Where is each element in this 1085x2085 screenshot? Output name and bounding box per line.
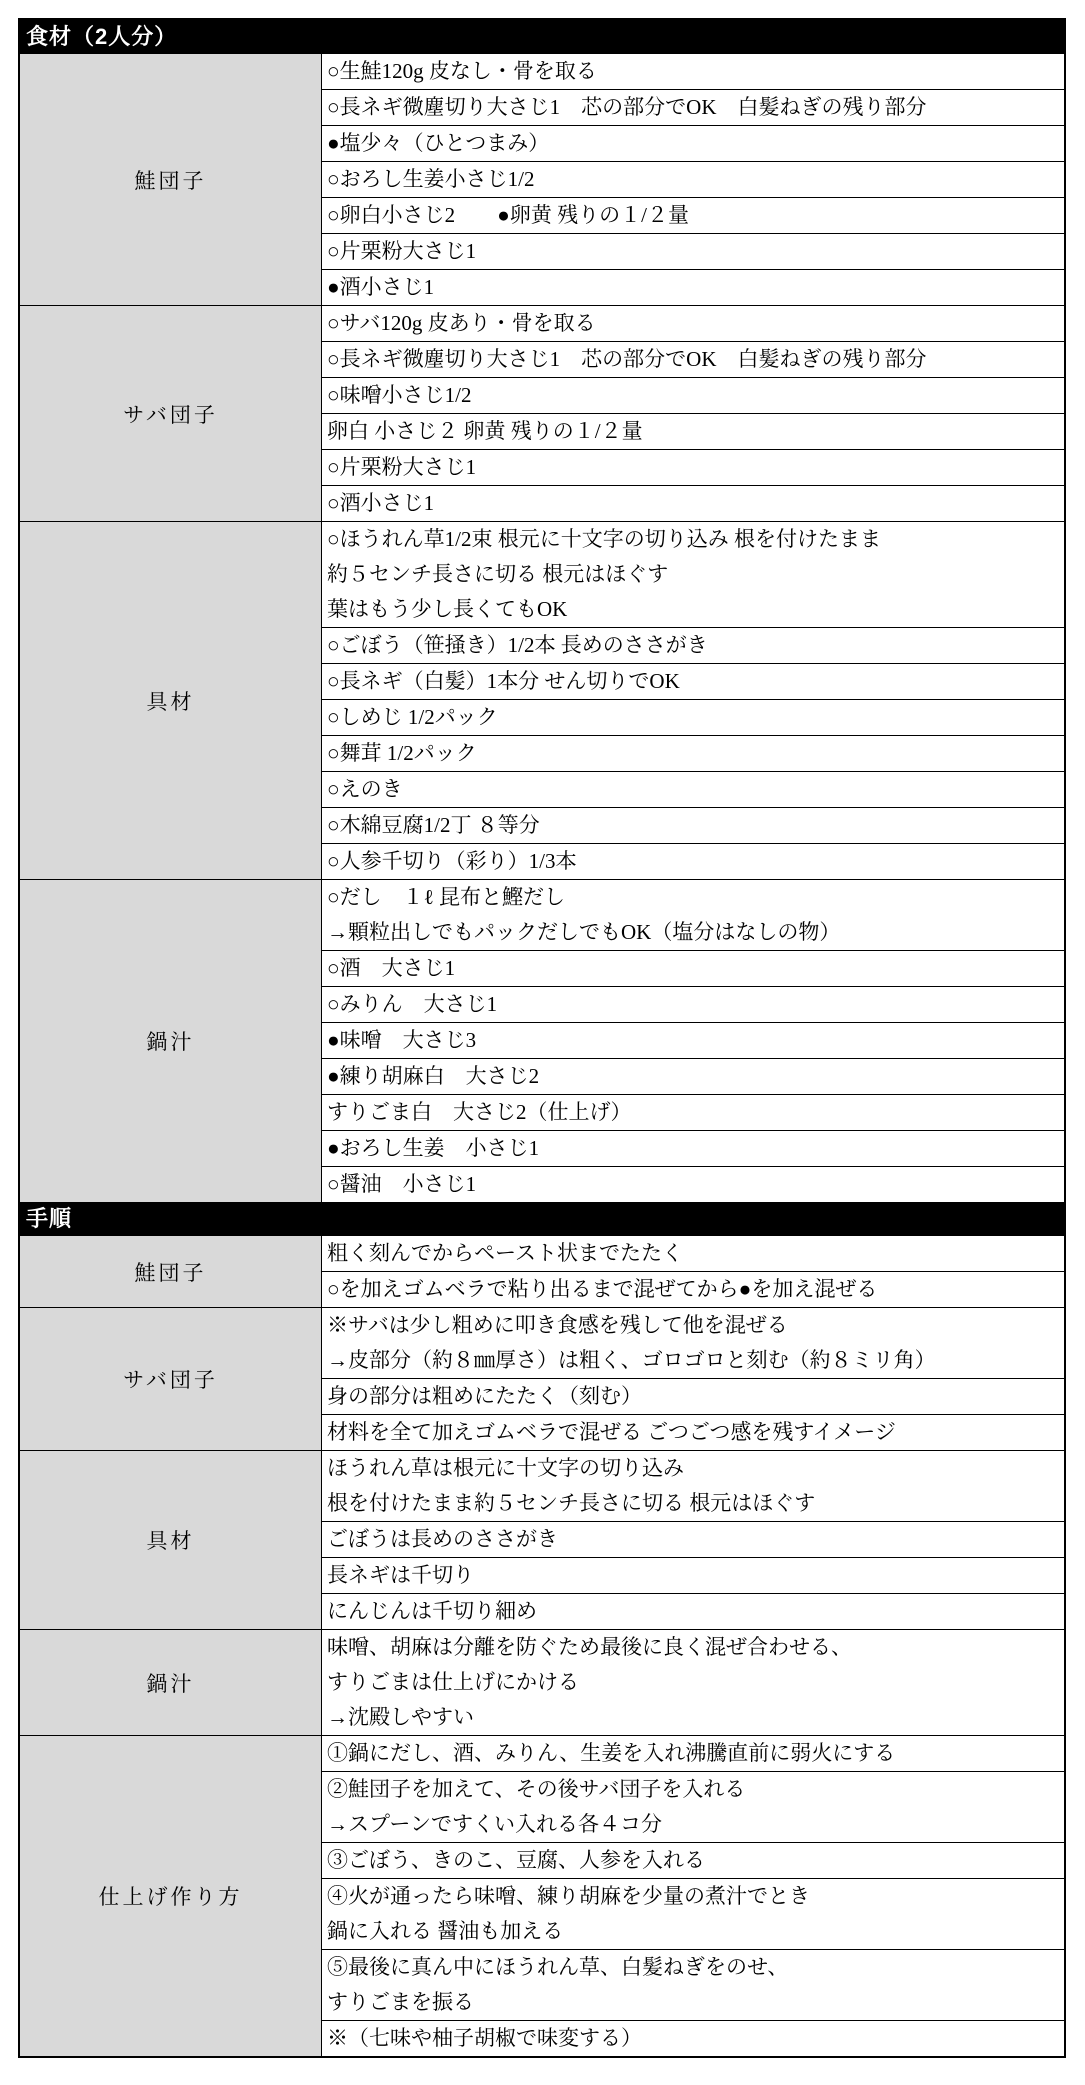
cell-line: 長ネギは千切り: [322, 1558, 1064, 1593]
group-items: ○サバ120g 皮あり・骨を取る○長ネギ微塵切り大さじ1 芯の部分でOK 白髪ね…: [322, 306, 1064, 521]
cell-line: ●練り胡麻白 大さじ2: [322, 1059, 1064, 1094]
item-cell: ○片栗粉大さじ1: [322, 234, 1064, 270]
table-group: 鍋汁○だし １ℓ 昆布と鰹だし→顆粒出しでもパックだしでもOK（塩分はなしの物）…: [20, 880, 1064, 1202]
item-cell: 卵白 小さじ２ 卵黄 残りの１/２量: [322, 414, 1064, 450]
item-cell: にんじんは千切り細め: [322, 1594, 1064, 1629]
group-items: ①鍋にだし、酒、みりん、生姜を入れ沸騰直前に弱火にする②鮭団子を加えて、その後サ…: [322, 1736, 1064, 2056]
cell-line: ○人参千切り（彩り）1/3本: [322, 844, 1064, 879]
cell-line: ○酒 大さじ1: [322, 951, 1064, 986]
cell-line: ○サバ120g 皮あり・骨を取る: [322, 306, 1064, 341]
recipe-page: { "colors": { "header_bg": "#000000", "h…: [0, 0, 1085, 2085]
item-cell: ○を加えゴムベラで粘り出るまで混ぜてから●を加え混ぜる: [322, 1272, 1064, 1307]
table-group: 鮭団子粗く刻んでからペースト状までたたく○を加えゴムベラで粘り出るまで混ぜてから…: [20, 1236, 1064, 1308]
item-cell: 長ネギは千切り: [322, 1558, 1064, 1594]
group-label: 鮭団子: [20, 54, 322, 305]
recipe-table: 食材（2人分） 鮭団子○生鮭120g 皮なし・骨を取る○長ネギ微塵切り大さじ1 …: [18, 18, 1066, 2058]
group-items: ※サバは少し粗めに叩き食感を残して他を混ぜる→皮部分（約８㎜厚さ）は粗く、ゴロゴ…: [322, 1308, 1064, 1450]
item-cell: ○しめじ 1/2パック: [322, 700, 1064, 736]
group-label: 具材: [20, 522, 322, 879]
cell-line: 味噌、胡麻は分離を防ぐため最後に良く混ぜ合わせる、: [322, 1630, 1064, 1665]
item-cell: 粗く刻んでからペースト状までたたく: [322, 1236, 1064, 1272]
item-cell: ○ごぼう（笹掻き）1/2本 長めのささがき: [322, 628, 1064, 664]
cell-line: ○長ネギ微塵切り大さじ1 芯の部分でOK 白髪ねぎの残り部分: [322, 90, 1064, 125]
cell-line: →皮部分（約８㎜厚さ）は粗く、ゴロゴロと刻む（約８ミリ角）: [322, 1343, 1064, 1378]
cell-line: ②鮭団子を加えて、その後サバ団子を入れる: [322, 1772, 1064, 1807]
item-cell: ○人参千切り（彩り）1/3本: [322, 844, 1064, 879]
item-cell: ※（七味や柚子胡椒で味変する）: [322, 2021, 1064, 2056]
cell-line: ○味噌小さじ1/2: [322, 378, 1064, 413]
cell-line: ほうれん草は根元に十文字の切り込み: [322, 1451, 1064, 1486]
item-cell: ○サバ120g 皮あり・骨を取る: [322, 306, 1064, 342]
cell-line: ①鍋にだし、酒、みりん、生姜を入れ沸騰直前に弱火にする: [322, 1736, 1064, 1771]
group-items: ○だし １ℓ 昆布と鰹だし→顆粒出しでもパックだしでもOK（塩分はなしの物）○酒…: [322, 880, 1064, 1202]
table-group: サバ団子○サバ120g 皮あり・骨を取る○長ネギ微塵切り大さじ1 芯の部分でOK…: [20, 306, 1064, 522]
cell-line: ○だし １ℓ 昆布と鰹だし: [322, 880, 1064, 915]
cell-line: 卵白 小さじ２ 卵黄 残りの１/２量: [322, 414, 1064, 449]
cell-line: すりごま白 大さじ2（仕上げ）: [322, 1095, 1064, 1130]
table-group: 具材○ほうれん草1/2束 根元に十文字の切り込み 根を付けたまま約５センチ長さに…: [20, 522, 1064, 880]
item-cell: ○だし １ℓ 昆布と鰹だし→顆粒出しでもパックだしでもOK（塩分はなしの物）: [322, 880, 1064, 951]
item-cell: すりごま白 大さじ2（仕上げ）: [322, 1095, 1064, 1131]
table-group: 具材ほうれん草は根元に十文字の切り込み根を付けたまま約５センチ長さに切る 根元は…: [20, 1451, 1064, 1630]
item-cell: ○卵白小さじ2 ●卵黄 残りの１/２量: [322, 198, 1064, 234]
group-items: ○生鮭120g 皮なし・骨を取る○長ネギ微塵切り大さじ1 芯の部分でOK 白髪ね…: [322, 54, 1064, 305]
cell-line: 根を付けたまま約５センチ長さに切る 根元はほぐす: [322, 1486, 1064, 1521]
cell-line: ○おろし生姜小さじ1/2: [322, 162, 1064, 197]
cell-line: ●酒小さじ1: [322, 270, 1064, 305]
item-cell: ○片栗粉大さじ1: [322, 450, 1064, 486]
section-header-ingredients: 食材（2人分）: [20, 20, 1064, 54]
item-cell: ○生鮭120g 皮なし・骨を取る: [322, 54, 1064, 90]
cell-line: ※（七味や柚子胡椒で味変する）: [322, 2021, 1064, 2056]
cell-line: ごぼうは長めのささがき: [322, 1522, 1064, 1557]
item-cell: ③ごぼう、きのこ、豆腐、人参を入れる: [322, 1843, 1064, 1879]
cell-line: ○長ネギ（白髪）1本分 せん切りでOK: [322, 664, 1064, 699]
cell-line: ○みりん 大さじ1: [322, 987, 1064, 1022]
cell-line: ●塩少々（ひとつまみ）: [322, 126, 1064, 161]
cell-line: →スプーンですくい入れる各４コ分: [322, 1807, 1064, 1842]
item-cell: ○長ネギ微塵切り大さじ1 芯の部分でOK 白髪ねぎの残り部分: [322, 342, 1064, 378]
item-cell: ○おろし生姜小さじ1/2: [322, 162, 1064, 198]
cell-line: ○しめじ 1/2パック: [322, 700, 1064, 735]
cell-line: →沈殿しやすい: [322, 1700, 1064, 1735]
item-cell: ※サバは少し粗めに叩き食感を残して他を混ぜる→皮部分（約８㎜厚さ）は粗く、ゴロゴ…: [322, 1308, 1064, 1379]
section-body-steps: 鮭団子粗く刻んでからペースト状までたたく○を加えゴムベラで粘り出るまで混ぜてから…: [20, 1236, 1064, 2056]
item-cell: ほうれん草は根元に十文字の切り込み根を付けたまま約５センチ長さに切る 根元はほぐ…: [322, 1451, 1064, 1522]
cell-line: ④火が通ったら味噌、練り胡麻を少量の煮汁でとき: [322, 1879, 1064, 1914]
group-label: サバ団子: [20, 1308, 322, 1450]
item-cell: ○醤油 小さじ1: [322, 1167, 1064, 1202]
item-cell: ○味噌小さじ1/2: [322, 378, 1064, 414]
item-cell: ●酒小さじ1: [322, 270, 1064, 305]
cell-line: ○を加えゴムベラで粘り出るまで混ぜてから●を加え混ぜる: [322, 1272, 1064, 1307]
item-cell: ②鮭団子を加えて、その後サバ団子を入れる→スプーンですくい入れる各４コ分: [322, 1772, 1064, 1843]
cell-line: ●味噌 大さじ3: [322, 1023, 1064, 1058]
cell-line: 葉はもう少し長くてもOK: [322, 592, 1064, 627]
cell-line: 約５センチ長さに切る 根元はほぐす: [322, 557, 1064, 592]
item-cell: ●練り胡麻白 大さじ2: [322, 1059, 1064, 1095]
item-cell: ●味噌 大さじ3: [322, 1023, 1064, 1059]
item-cell: ●塩少々（ひとつまみ）: [322, 126, 1064, 162]
cell-line: ③ごぼう、きのこ、豆腐、人参を入れる: [322, 1843, 1064, 1878]
table-group: 鍋汁味噌、胡麻は分離を防ぐため最後に良く混ぜ合わせる、すりごまは仕上げにかける→…: [20, 1630, 1064, 1736]
item-cell: 材料を全て加えゴムベラで混ぜる ごつごつ感を残すイメージ: [322, 1415, 1064, 1450]
cell-line: ○片栗粉大さじ1: [322, 234, 1064, 269]
table-group: サバ団子※サバは少し粗めに叩き食感を残して他を混ぜる→皮部分（約８㎜厚さ）は粗く…: [20, 1308, 1064, 1451]
item-cell: ○みりん 大さじ1: [322, 987, 1064, 1023]
item-cell: ○舞茸 1/2パック: [322, 736, 1064, 772]
item-cell: ○酒小さじ1: [322, 486, 1064, 521]
item-cell: ○ほうれん草1/2束 根元に十文字の切り込み 根を付けたまま約５センチ長さに切る…: [322, 522, 1064, 628]
item-cell: ○木綿豆腐1/2丁 ８等分: [322, 808, 1064, 844]
cell-line: にんじんは千切り細め: [322, 1594, 1064, 1629]
item-cell: ●おろし生姜 小さじ1: [322, 1131, 1064, 1167]
cell-line: すりごまを振る: [322, 1985, 1064, 2020]
group-label: 鍋汁: [20, 880, 322, 1202]
group-label: 鍋汁: [20, 1630, 322, 1735]
cell-line: 材料を全て加えゴムベラで混ぜる ごつごつ感を残すイメージ: [322, 1415, 1064, 1450]
item-cell: 身の部分は粗めにたたく（刻む）: [322, 1379, 1064, 1415]
cell-line: 粗く刻んでからペースト状までたたく: [322, 1236, 1064, 1271]
item-cell: ⑤最後に真ん中にほうれん草、白髪ねぎをのせ、すりごまを振る: [322, 1950, 1064, 2021]
cell-line: ○えのき: [322, 772, 1064, 807]
item-cell: ○長ネギ（白髪）1本分 せん切りでOK: [322, 664, 1064, 700]
item-cell: ○長ネギ微塵切り大さじ1 芯の部分でOK 白髪ねぎの残り部分: [322, 90, 1064, 126]
cell-line: ※サバは少し粗めに叩き食感を残して他を混ぜる: [322, 1308, 1064, 1343]
group-label: 鮭団子: [20, 1236, 322, 1307]
cell-line: すりごまは仕上げにかける: [322, 1665, 1064, 1700]
cell-line: ○木綿豆腐1/2丁 ８等分: [322, 808, 1064, 843]
table-group: 鮭団子○生鮭120g 皮なし・骨を取る○長ネギ微塵切り大さじ1 芯の部分でOK …: [20, 54, 1064, 306]
cell-line: ○片栗粉大さじ1: [322, 450, 1064, 485]
group-items: 粗く刻んでからペースト状までたたく○を加えゴムベラで粘り出るまで混ぜてから●を加…: [322, 1236, 1064, 1307]
cell-line: →顆粒出しでもパックだしでもOK（塩分はなしの物）: [322, 915, 1064, 950]
cell-line: ○ほうれん草1/2束 根元に十文字の切り込み 根を付けたまま: [322, 522, 1064, 557]
cell-line: ○ごぼう（笹掻き）1/2本 長めのささがき: [322, 628, 1064, 663]
group-label: 具材: [20, 1451, 322, 1629]
cell-line: ⑤最後に真ん中にほうれん草、白髪ねぎをのせ、: [322, 1950, 1064, 1985]
cell-line: 鍋に入れる 醤油も加える: [322, 1914, 1064, 1949]
cell-line: ○卵白小さじ2 ●卵黄 残りの１/２量: [322, 198, 1064, 233]
cell-line: ○生鮭120g 皮なし・骨を取る: [322, 54, 1064, 89]
cell-line: ○長ネギ微塵切り大さじ1 芯の部分でOK 白髪ねぎの残り部分: [322, 342, 1064, 377]
section-body-ingredients: 鮭団子○生鮭120g 皮なし・骨を取る○長ネギ微塵切り大さじ1 芯の部分でOK …: [20, 54, 1064, 1202]
item-cell: 味噌、胡麻は分離を防ぐため最後に良く混ぜ合わせる、すりごまは仕上げにかける→沈殿…: [322, 1630, 1064, 1735]
group-items: ○ほうれん草1/2束 根元に十文字の切り込み 根を付けたまま約５センチ長さに切る…: [322, 522, 1064, 879]
group-label: 仕上げ作り方: [20, 1736, 322, 2056]
section-header-steps: 手順: [20, 1202, 1064, 1236]
item-cell: ④火が通ったら味噌、練り胡麻を少量の煮汁でとき鍋に入れる 醤油も加える: [322, 1879, 1064, 1950]
item-cell: ごぼうは長めのささがき: [322, 1522, 1064, 1558]
cell-line: ○舞茸 1/2パック: [322, 736, 1064, 771]
group-items: ほうれん草は根元に十文字の切り込み根を付けたまま約５センチ長さに切る 根元はほぐ…: [322, 1451, 1064, 1629]
cell-line: ○醤油 小さじ1: [322, 1167, 1064, 1202]
cell-line: 身の部分は粗めにたたく（刻む）: [322, 1379, 1064, 1414]
group-label: サバ団子: [20, 306, 322, 521]
cell-line: ○酒小さじ1: [322, 486, 1064, 521]
table-group: 仕上げ作り方①鍋にだし、酒、みりん、生姜を入れ沸騰直前に弱火にする②鮭団子を加え…: [20, 1736, 1064, 2056]
cell-line: ●おろし生姜 小さじ1: [322, 1131, 1064, 1166]
item-cell: ○酒 大さじ1: [322, 951, 1064, 987]
group-items: 味噌、胡麻は分離を防ぐため最後に良く混ぜ合わせる、すりごまは仕上げにかける→沈殿…: [322, 1630, 1064, 1735]
item-cell: ①鍋にだし、酒、みりん、生姜を入れ沸騰直前に弱火にする: [322, 1736, 1064, 1772]
item-cell: ○えのき: [322, 772, 1064, 808]
